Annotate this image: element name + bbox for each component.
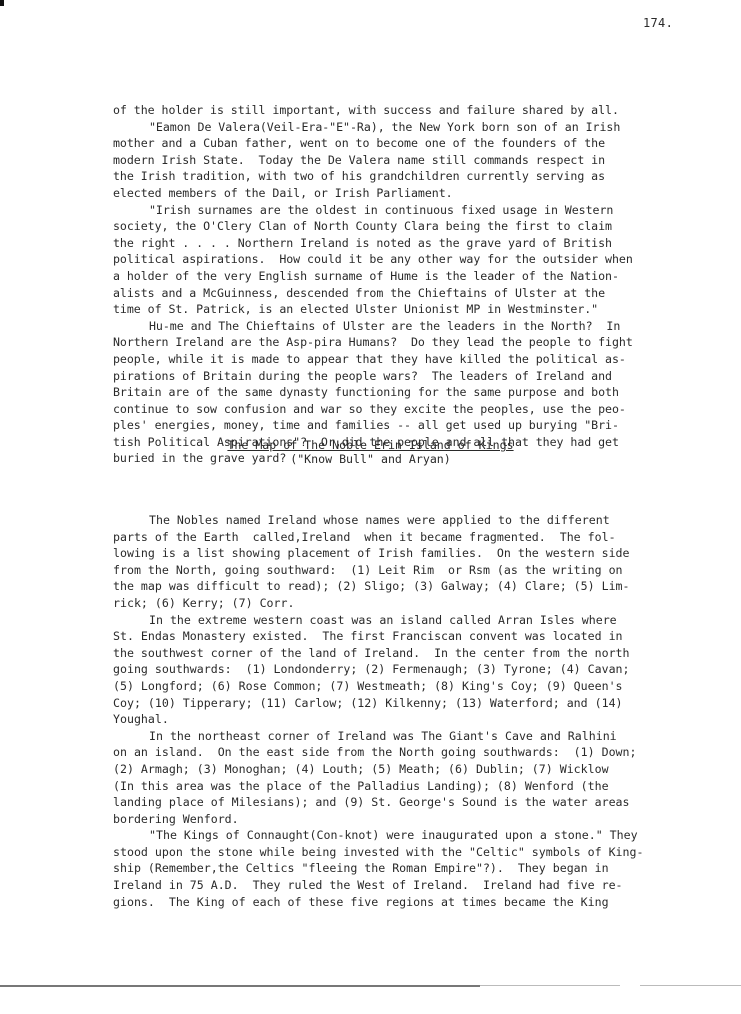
section-title: The Map of The Noble Erin Island of King… [0,438,741,452]
scan-corner-mark [0,0,4,6]
text-line: mother and a Cuban father, went on to be… [113,135,653,152]
text-line: the right . . . . Northern Ireland is no… [113,235,653,252]
text-line: the map was difficult to read); (2) Slig… [113,578,653,595]
text-line: St. Endas Monastery existed. The first F… [113,628,653,645]
text-line: stood upon the stone while being investe… [113,844,653,861]
text-line: Coy; (10) Tipperary; (11) Carlow; (12) K… [113,695,653,712]
section-heading: The Map of The Noble Erin Island of King… [0,438,741,466]
text-line: lowing is a list showing placement of Ir… [113,545,653,562]
text-line: Hu-me and The Chieftains of Ulster are t… [113,318,653,335]
text-line: people, while it is made to appear that … [113,351,653,368]
text-line: gions. The King of each of these five re… [113,894,653,911]
text-line: political aspirations. How could it be a… [113,251,653,268]
section-subtitle: ("Know Bull" and Aryan) [0,452,741,466]
text-line: society, the O'Clery Clan of North Count… [113,218,653,235]
text-line: (In this area was the place of the Palla… [113,778,653,795]
page-bottom-rule-faint-right [640,985,741,986]
text-line: ples' energies, money, time and families… [113,417,653,434]
page-bottom-rule-faint [480,985,620,986]
text-line: "Irish surnames are the oldest in contin… [113,202,653,219]
text-line: time of St. Patrick, is an elected Ulste… [113,301,653,318]
text-line: "Eamon De Valera(Veil-Era-"E"-Ra), the N… [113,119,653,136]
text-line: The Nobles named Ireland whose names wer… [113,512,653,529]
text-line: continue to sow confusion and war so the… [113,401,653,418]
text-line: ship (Remember,the Celtics "fleeing the … [113,860,653,877]
text-line: In the extreme western coast was an isla… [113,612,653,629]
text-line: elected members of the Dail, or Irish Pa… [113,185,653,202]
text-line: (5) Longford; (6) Rose Common; (7) Westm… [113,678,653,695]
text-line: from the North, going southward: (1) Lei… [113,562,653,579]
text-line: bordering Wenford. [113,811,653,828]
page-bottom-rule [0,985,480,987]
text-line: going southwards: (1) Londonderry; (2) F… [113,661,653,678]
body-text-bottom: The Nobles named Ireland whose names wer… [113,512,653,910]
text-line: rick; (6) Kerry; (7) Corr. [113,595,653,612]
text-line: the southwest corner of the land of Irel… [113,645,653,662]
text-line: Youghal. [113,711,653,728]
text-line: Ireland in 75 A.D. They ruled the West o… [113,877,653,894]
text-line: landing place of Milesians); and (9) St.… [113,794,653,811]
text-line: modern Irish State. Today the De Valera … [113,152,653,169]
text-line: the Irish tradition, with two of his gra… [113,168,653,185]
text-line: "The Kings of Connaught(Con-knot) were i… [113,827,653,844]
text-line: parts of the Earth called,Ireland when i… [113,529,653,546]
text-line: Britain are of the same dynasty function… [113,384,653,401]
text-line: (2) Armagh; (3) Monoghan; (4) Louth; (5)… [113,761,653,778]
text-line: alists and a McGuinness, descended from … [113,285,653,302]
text-line: pirations of Britain during the people w… [113,368,653,385]
text-line: a holder of the very English surname of … [113,268,653,285]
text-line: of the holder is still important, with s… [113,102,653,119]
page-number: 174. [643,16,673,30]
text-line: In the northeast corner of Ireland was T… [113,728,653,745]
body-text-top: of the holder is still important, with s… [113,102,653,467]
text-line: on an island. On the east side from the … [113,744,653,761]
text-line: Northern Ireland are the Asp-pira Humans… [113,334,653,351]
